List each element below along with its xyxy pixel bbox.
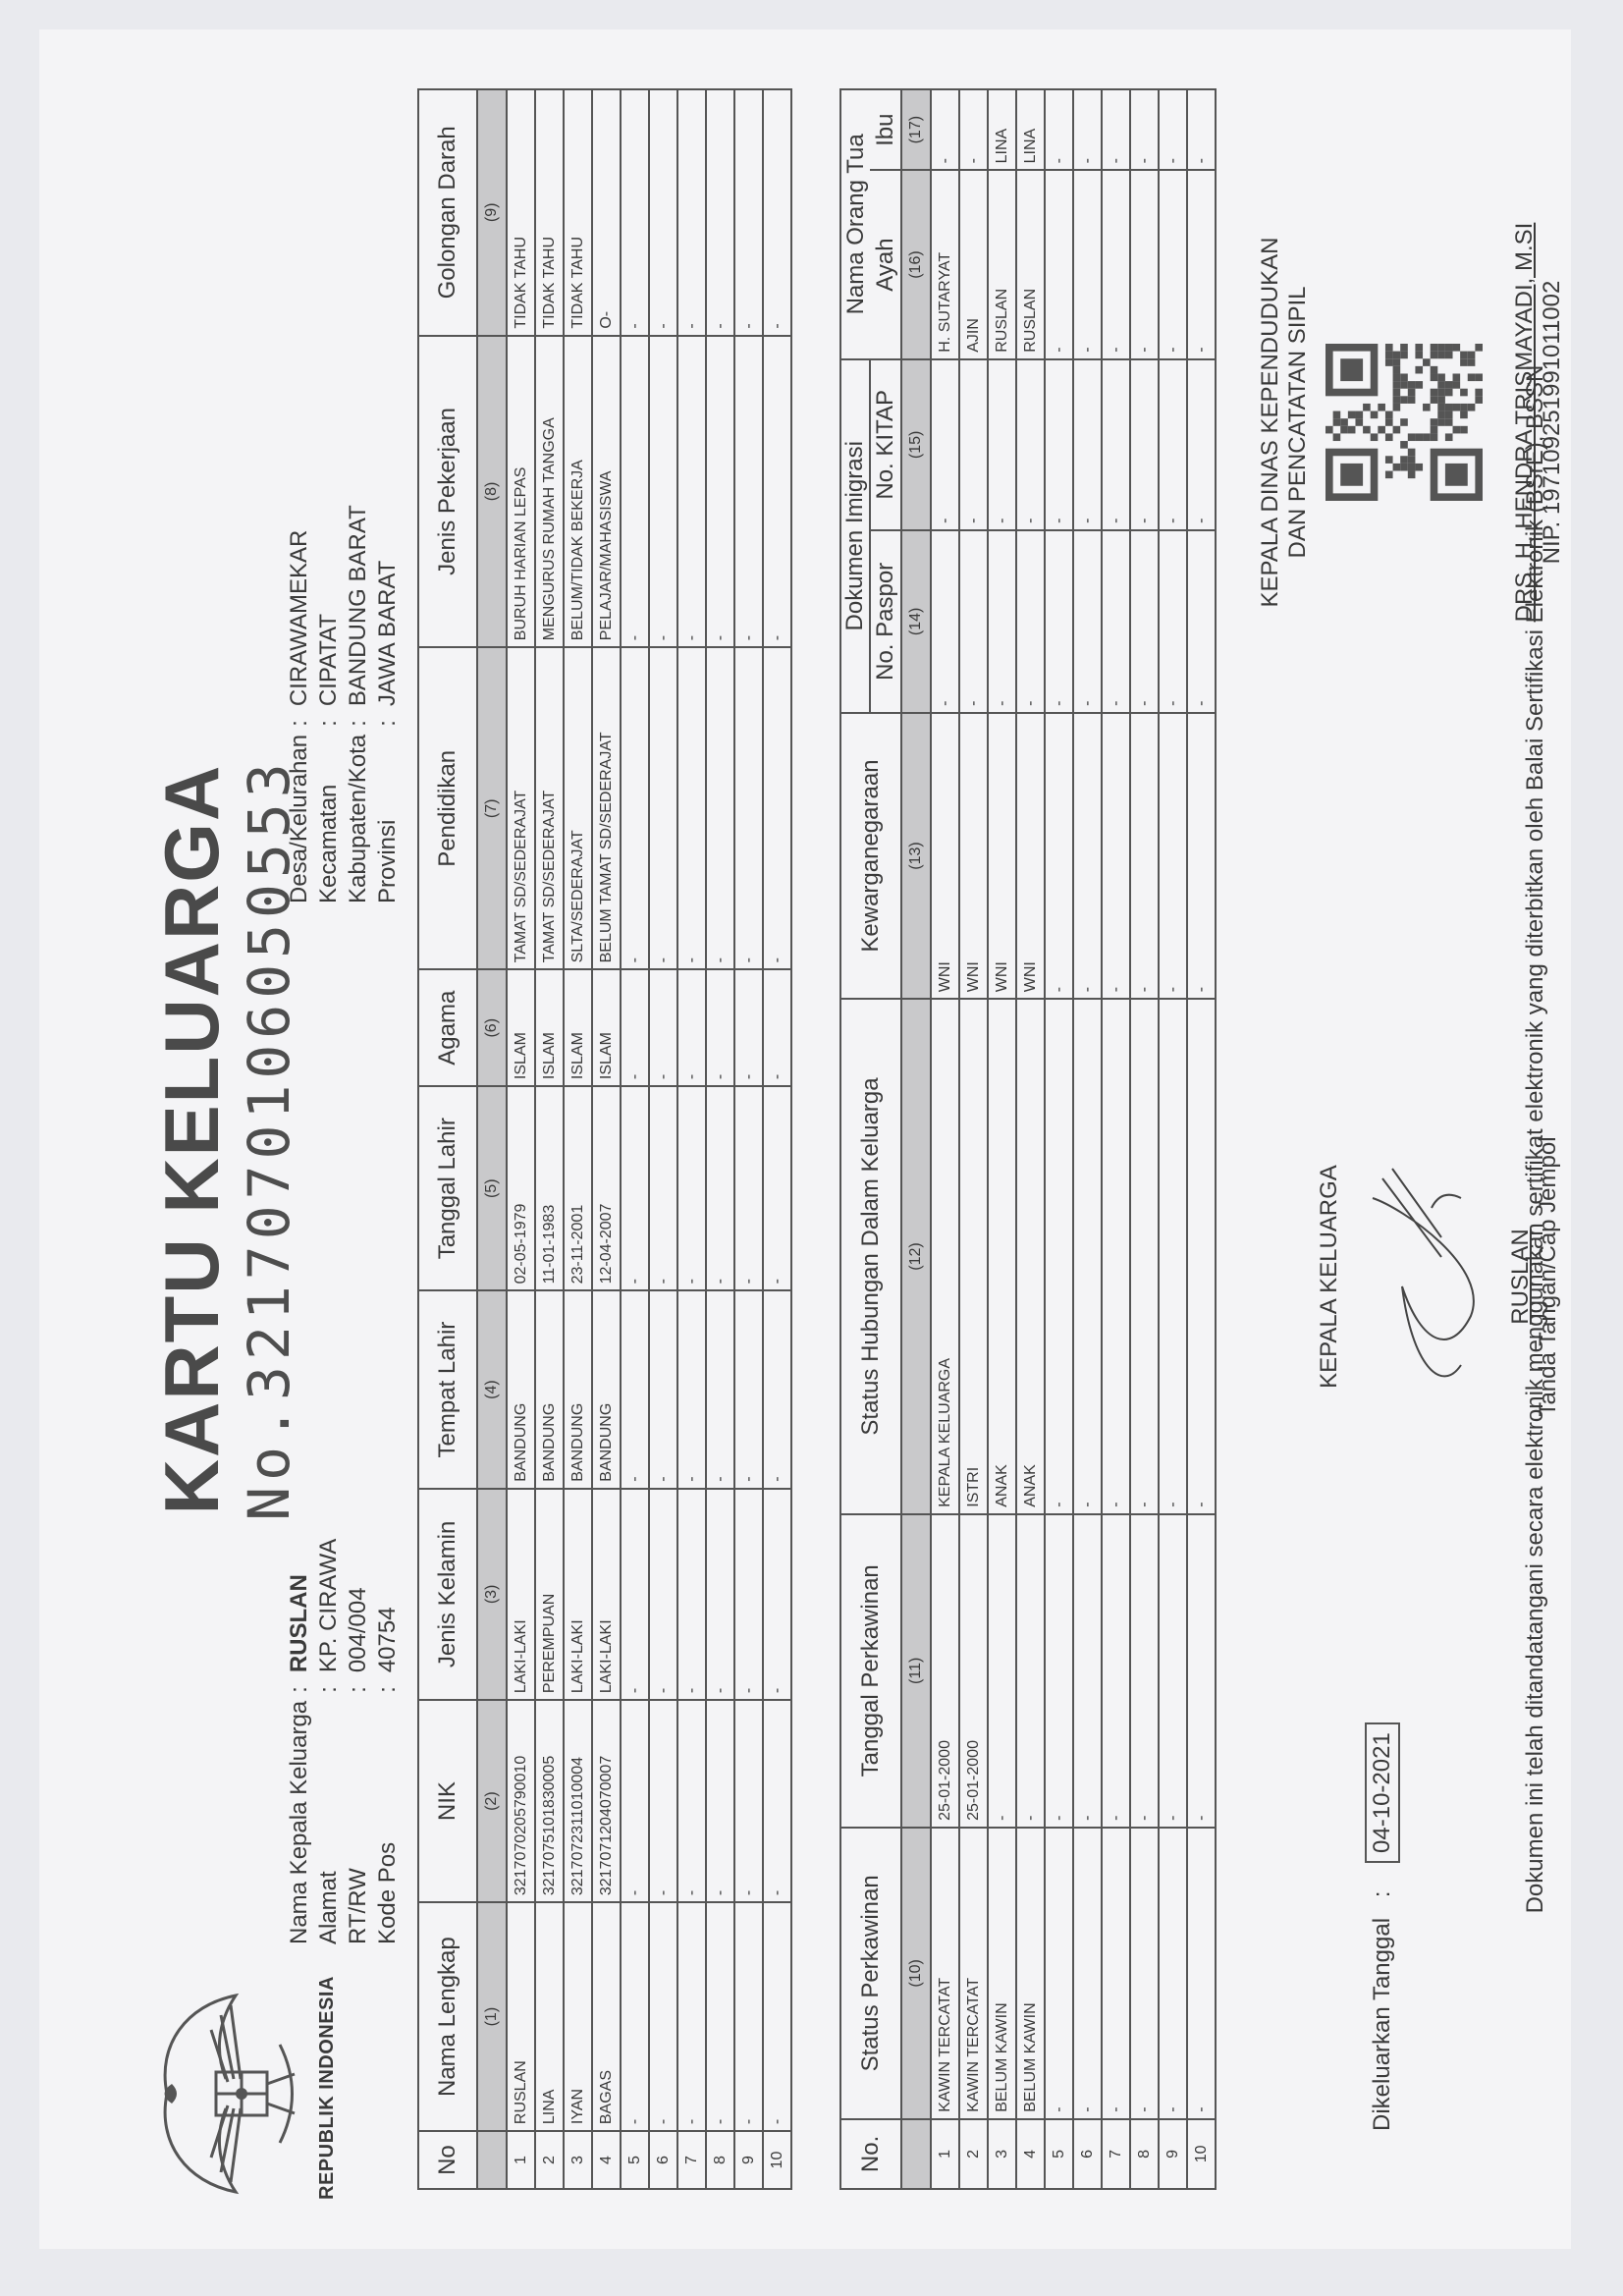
table-cell: 5 — [621, 2131, 649, 2189]
table-cell: LAKI-LAKI — [592, 1489, 621, 1700]
table-cell: - — [706, 1290, 734, 1488]
col-header: Status Hubungan Dalam Keluarga — [840, 999, 901, 1514]
col-number: (4) — [477, 1290, 507, 1488]
col-number — [901, 2119, 931, 2189]
table-cell: 2 — [959, 2119, 988, 2189]
table-cell: - — [1159, 359, 1187, 530]
table-cell: LAKI-LAKI — [564, 1489, 592, 1700]
table-cell: - — [621, 1086, 649, 1290]
table-row: 4BAGAS3217071204070007LAKI-LAKIBANDUNG12… — [592, 89, 621, 2189]
col-header: No — [418, 2131, 477, 2189]
table-cell: 3217071204070007 — [592, 1700, 621, 1902]
table-cell: TIDAK TAHU — [564, 89, 592, 336]
table-cell: - — [988, 1514, 1016, 1828]
table-cell: - — [1130, 170, 1159, 358]
table-cell: RUSLAN — [1016, 170, 1045, 358]
table-cell: - — [1102, 713, 1130, 999]
table-cell: - — [706, 1902, 734, 2131]
table-cell: - — [621, 1902, 649, 2131]
table-cell: - — [1187, 170, 1216, 358]
col-number: (10) — [901, 1828, 931, 2119]
col-number: (17) — [901, 89, 931, 170]
table-cell: - — [1159, 999, 1187, 1514]
table-cell: - — [649, 647, 677, 969]
field-label: Alamat — [314, 1693, 344, 1944]
table-cell: H. SUTARYAT — [931, 170, 959, 358]
table-cell: 10 — [763, 2131, 791, 2189]
table-cell: - — [1073, 170, 1102, 358]
table-cell: 11-01-1983 — [535, 1086, 564, 1290]
table-cell: - — [1073, 713, 1102, 999]
field-label: Provinsi — [373, 727, 403, 903]
table-row: 3BELUM KAWIN-ANAKWNI--RUSLANLINA — [988, 89, 1016, 2189]
table-cell: - — [1130, 359, 1159, 530]
col-number: (8) — [477, 336, 507, 648]
table-cell: - — [1102, 1828, 1130, 2119]
table-cell: - — [649, 1086, 677, 1290]
col-header: Status Perkawinan — [840, 1828, 901, 2119]
table-cell: LAKI-LAKI — [507, 1489, 535, 1700]
table-cell: - — [677, 1086, 706, 1290]
table-cell: - — [988, 530, 1016, 713]
region-info: Desa/Kelurahan:CIRAWAMEKAR Kecamatan:CIP… — [285, 497, 403, 903]
table-cell: - — [1130, 1828, 1159, 2119]
table-cell: - — [734, 1489, 763, 1700]
col-header: Agama — [418, 969, 477, 1086]
col-header: Tempat Lahir — [418, 1290, 477, 1488]
table-cell: - — [1016, 1514, 1045, 1828]
table-cell: RUSLAN — [507, 1902, 535, 2131]
table-cell: - — [734, 1086, 763, 1290]
table-cell: ISLAM — [564, 969, 592, 1086]
col-number: (5) — [477, 1086, 507, 1290]
signature-icon — [1343, 1149, 1500, 1404]
table-cell: - — [1045, 170, 1073, 358]
col-header: Pendidikan — [418, 647, 477, 969]
table-cell: - — [931, 89, 959, 170]
table-cell: BANDUNG — [507, 1290, 535, 1488]
table-cell: - — [959, 359, 988, 530]
table-cell: ISLAM — [507, 969, 535, 1086]
table-cell: - — [677, 1902, 706, 2131]
field-value: BANDUNG BARAT — [344, 497, 373, 712]
table-cell: BELUM KAWIN — [1016, 1828, 1045, 2119]
table-cell: - — [1102, 1514, 1130, 1828]
table-cell: - — [959, 530, 988, 713]
table-cell: - — [734, 1290, 763, 1488]
table-cell: - — [1073, 530, 1102, 713]
table-cell: - — [1187, 89, 1216, 170]
table-cell: 1 — [931, 2119, 959, 2189]
table-cell: 25-01-2000 — [959, 1514, 988, 1828]
col-header: Tanggal Lahir — [418, 1086, 477, 1290]
table-cell: - — [649, 89, 677, 336]
col-header: Jenis Kelamin — [418, 1489, 477, 1700]
table-cell: - — [677, 1290, 706, 1488]
table-cell: - — [677, 1700, 706, 1902]
table-cell: - — [734, 1902, 763, 2131]
col-number: (11) — [901, 1514, 931, 1828]
table-cell: 25-01-2000 — [931, 1514, 959, 1828]
table-cell: - — [706, 1700, 734, 1902]
table-cell: TIDAK TAHU — [535, 89, 564, 336]
table-cell: BANDUNG — [592, 1290, 621, 1488]
col-number: (6) — [477, 969, 507, 1086]
table-cell: - — [1045, 530, 1073, 713]
table-cell: - — [649, 1700, 677, 1902]
table-cell: - — [734, 89, 763, 336]
table-cell: PEREMPUAN — [535, 1489, 564, 1700]
field-value: RUSLAN — [285, 1531, 314, 1678]
table-row: 7-------- — [1102, 89, 1130, 2189]
table-cell: 3217075101830005 — [535, 1700, 564, 1902]
table-cell: - — [1045, 89, 1073, 170]
table-cell: 6 — [1073, 2119, 1102, 2189]
page-title: KARTU KELUARGA — [147, 29, 237, 2249]
table-cell: - — [1102, 530, 1130, 713]
table-cell: MENGURUS RUMAH TANGGA — [535, 336, 564, 648]
table-cell: - — [1187, 713, 1216, 999]
table-row: 1RUSLAN3217070205790010LAKI-LAKIBANDUNG0… — [507, 89, 535, 2189]
issued-label: Dikeluarkan Tanggal — [1369, 1918, 1395, 2131]
field-value: 004/004 — [344, 1531, 373, 1678]
table-cell: 9 — [734, 2131, 763, 2189]
field-label: Kode Pos — [373, 1693, 403, 1944]
table-cell: - — [931, 530, 959, 713]
table-cell: - — [1073, 1514, 1102, 1828]
table-cell: - — [649, 1489, 677, 1700]
table-cell: - — [1102, 89, 1130, 170]
field-label: RT/RW — [344, 1693, 373, 1944]
field-value: CIRAWAMEKAR — [285, 497, 314, 712]
col-number: (12) — [901, 999, 931, 1514]
table-cell: - — [988, 359, 1016, 530]
table-cell: 3 — [988, 2119, 1016, 2189]
table-cell: O- — [592, 89, 621, 336]
col-header: Golongan Darah — [418, 89, 477, 336]
col-number: (16) — [901, 170, 931, 358]
table-cell: - — [1159, 170, 1187, 358]
table-cell: 5 — [1045, 2119, 1073, 2189]
table-cell: - — [1045, 1514, 1073, 1828]
col-header: Kewarganegaraan — [840, 713, 901, 999]
country-label: REPUBLIK INDONESIA — [316, 1976, 339, 2200]
table-cell: - — [1045, 999, 1073, 1514]
table-row: 10-------- — [1187, 89, 1216, 2189]
col-header: NIK — [418, 1700, 477, 1902]
table-cell: - — [677, 1489, 706, 1700]
sub-header: Ibu — [870, 89, 901, 170]
table-cell: KAWIN TERCATAT — [959, 1828, 988, 2119]
table-cell: - — [677, 336, 706, 648]
table-cell: - — [1159, 713, 1187, 999]
table-cell: - — [621, 647, 649, 969]
table-cell: - — [1016, 359, 1045, 530]
table-cell: - — [677, 647, 706, 969]
table-cell: - — [1045, 359, 1073, 530]
table-cell: - — [677, 89, 706, 336]
table-cell: - — [763, 1902, 791, 2131]
table-cell: - — [734, 647, 763, 969]
official-title: KEPALA DINAS KEPENDUDUKAN — [1257, 128, 1284, 717]
table-cell: - — [1073, 359, 1102, 530]
table-cell: - — [621, 1700, 649, 1902]
table-cell: - — [1159, 89, 1187, 170]
table-row: 6--------- — [649, 89, 677, 2189]
table-cell: - — [706, 1489, 734, 1700]
table-cell: - — [649, 1902, 677, 2131]
table-cell: - — [1130, 999, 1159, 1514]
table-cell: - — [677, 969, 706, 1086]
table-cell: ANAK — [988, 999, 1016, 1514]
table-cell: - — [931, 359, 959, 530]
table-cell: 23-11-2001 — [564, 1086, 592, 1290]
table-cell: BELUM/TIDAK BEKERJA — [564, 336, 592, 648]
table-cell: 2 — [535, 2131, 564, 2189]
table-row: 3IYAN3217072311010004LAKI-LAKIBANDUNG23-… — [564, 89, 592, 2189]
table-cell: 4 — [1016, 2119, 1045, 2189]
field-value: JAWA BARAT — [373, 497, 403, 712]
table-cell: - — [649, 1290, 677, 1488]
table-row: 8--------- — [706, 89, 734, 2189]
table-cell: 6 — [649, 2131, 677, 2189]
table-cell: LINA — [1016, 89, 1045, 170]
table-cell: - — [621, 1290, 649, 1488]
table-cell: TIDAK TAHU — [507, 89, 535, 336]
official-signature-block: KEPALA DINAS KEPENDUDUKAN DAN PENCATATAN… — [1257, 128, 1566, 717]
table-cell: KEPALA KELUARGA — [931, 999, 959, 1514]
col-number: (2) — [477, 1700, 507, 1902]
col-number: (3) — [477, 1489, 507, 1700]
field-label: Desa/Kelurahan — [285, 727, 314, 903]
table-cell: - — [1159, 530, 1187, 713]
table-cell: - — [1130, 1514, 1159, 1828]
table-cell: BAGAS — [592, 1902, 621, 2131]
table-row: 1KAWIN TERCATAT25-01-2000KEPALA KELUARGA… — [931, 89, 959, 2189]
table-cell: BURUH HARIAN LEPAS — [507, 336, 535, 648]
table-cell: - — [1159, 1514, 1187, 1828]
table-cell: 12-04-2007 — [592, 1086, 621, 1290]
table-cell: 02-05-1979 — [507, 1086, 535, 1290]
table-cell: LINA — [988, 89, 1016, 170]
table-cell: - — [763, 1290, 791, 1488]
col-number: (7) — [477, 647, 507, 969]
sub-header: Ayah — [870, 170, 901, 358]
table-cell: - — [706, 336, 734, 648]
table-cell: - — [734, 336, 763, 648]
table-cell: - — [734, 1700, 763, 1902]
table-cell: 9 — [1159, 2119, 1187, 2189]
col-header: Dokumen Imigrasi — [840, 359, 870, 713]
family-status-table: No. Status Perkawinan Tanggal Perkawinan… — [839, 88, 1217, 2190]
table-cell: - — [1045, 713, 1073, 999]
table-cell: - — [763, 1700, 791, 1902]
table-row: 7--------- — [677, 89, 706, 2189]
col-number: (14) — [901, 530, 931, 713]
table-cell: - — [1187, 359, 1216, 530]
table-cell: - — [649, 336, 677, 648]
table-cell: - — [1073, 1828, 1102, 2119]
issued-date-section: Dikeluarkan Tanggal : 04-10-2021 — [1365, 1722, 1400, 2131]
table-cell: - — [763, 1086, 791, 1290]
field-value: KP. CIRAWA — [314, 1531, 344, 1678]
table-cell: - — [1016, 530, 1045, 713]
table-cell: 3217072311010004 — [564, 1700, 592, 1902]
table-cell: - — [1102, 999, 1130, 1514]
col-number — [477, 2131, 507, 2189]
head-of-family-info: Nama Kepala Keluarga:RUSLAN Alamat:KP. C… — [285, 1531, 403, 1944]
field-value: CIPATAT — [314, 497, 344, 712]
table-cell: WNI — [931, 713, 959, 999]
table-cell: - — [1187, 999, 1216, 1514]
table-row: 5--------- — [621, 89, 649, 2189]
table-cell: BANDUNG — [535, 1290, 564, 1488]
table-cell: AJIN — [959, 170, 988, 358]
table-cell: - — [649, 969, 677, 1086]
table-cell: - — [1130, 89, 1159, 170]
col-number: (9) — [477, 89, 507, 336]
table-cell: 3217070205790010 — [507, 1700, 535, 1902]
field-label: Kabupaten/Kota — [344, 727, 373, 903]
document-sheet: REPUBLIK INDONESIA KARTU KELUARGA No.321… — [39, 29, 1571, 2249]
table-cell: - — [621, 1489, 649, 1700]
table-row: 9-------- — [1159, 89, 1187, 2189]
table-cell: WNI — [1016, 713, 1045, 999]
table-row: 9--------- — [734, 89, 763, 2189]
table-cell: - — [1045, 1828, 1073, 2119]
table-cell: - — [959, 89, 988, 170]
table-cell: 1 — [507, 2131, 535, 2189]
issued-date: 04-10-2021 — [1365, 1722, 1400, 1863]
table-cell: - — [763, 647, 791, 969]
table-cell: - — [763, 336, 791, 648]
qr-code-icon — [1325, 344, 1483, 501]
col-header: Nama Lengkap — [418, 1902, 477, 2131]
col-header: Tanggal Perkawinan — [840, 1514, 901, 1828]
table-cell: BELUM KAWIN — [988, 1828, 1016, 2119]
table-cell: - — [1073, 999, 1102, 1514]
field-label: Nama Kepala Keluarga — [285, 1693, 314, 1944]
table-cell: - — [706, 647, 734, 969]
field-value: 40754 — [373, 1531, 403, 1678]
table-row: 4BELUM KAWIN-ANAKWNI--RUSLANLINA — [1016, 89, 1045, 2189]
table-row: 5-------- — [1045, 89, 1073, 2189]
table-cell: - — [621, 969, 649, 1086]
table-cell: - — [763, 1489, 791, 1700]
field-label: Kecamatan — [314, 727, 344, 903]
table-cell: - — [1130, 530, 1159, 713]
table-cell: 10 — [1187, 2119, 1216, 2189]
family-members-table: NoNama LengkapNIKJenis KelaminTempat Lah… — [417, 88, 792, 2190]
table-cell: PELAJAR/MAHASISWA — [592, 336, 621, 648]
table-cell: TAMAT SD/SEDERAJAT — [535, 647, 564, 969]
table-cell: WNI — [959, 713, 988, 999]
table-cell: - — [706, 1086, 734, 1290]
table-cell: - — [706, 969, 734, 1086]
official-title-2: DAN PENCATATAN SIPIL — [1284, 128, 1312, 717]
table-cell: - — [1187, 1514, 1216, 1828]
signer-title: KEPALA KELUARGA — [1316, 1051, 1343, 1503]
table-cell: 4 — [592, 2131, 621, 2189]
table-cell: - — [734, 969, 763, 1086]
sub-header: No. Paspor — [870, 530, 901, 713]
table-cell: - — [1102, 170, 1130, 358]
col-header: Jenis Pekerjaan — [418, 336, 477, 648]
table-cell: - — [1130, 713, 1159, 999]
table-cell: - — [1102, 359, 1130, 530]
table-cell: - — [621, 89, 649, 336]
table-cell: - — [1187, 1828, 1216, 2119]
col-header: Nama Orang Tua — [840, 89, 870, 359]
table-row: 2LINA3217075101830005PEREMPUANBANDUNG11-… — [535, 89, 564, 2189]
col-number: (1) — [477, 1902, 507, 2131]
col-header: No. — [840, 2119, 901, 2189]
table-cell: ANAK — [1016, 999, 1045, 1514]
table-cell: BANDUNG — [564, 1290, 592, 1488]
table-row: 6-------- — [1073, 89, 1102, 2189]
table-cell: SLTA/SEDERAJAT — [564, 647, 592, 969]
table-cell: - — [763, 89, 791, 336]
table-cell: TAMAT SD/SEDERAJAT — [507, 647, 535, 969]
table-cell: ISLAM — [535, 969, 564, 1086]
table-cell: - — [706, 89, 734, 336]
table-cell: LINA — [535, 1902, 564, 2131]
table-cell: - — [763, 969, 791, 1086]
table-cell: RUSLAN — [988, 170, 1016, 358]
table-cell: ISTRI — [959, 999, 988, 1514]
table-cell: KAWIN TERCATAT — [931, 1828, 959, 2119]
table-cell: WNI — [988, 713, 1016, 999]
table-cell: - — [1073, 89, 1102, 170]
table-row: 8-------- — [1130, 89, 1159, 2189]
table-cell: 7 — [677, 2131, 706, 2189]
footer-note: Dokumen ini telah ditandatangani secara … — [1522, 29, 1549, 2249]
table-cell: 3 — [564, 2131, 592, 2189]
table-cell: 7 — [1102, 2119, 1130, 2189]
col-number: (15) — [901, 359, 931, 530]
table-cell: - — [1187, 530, 1216, 713]
table-row: 10--------- — [763, 89, 791, 2189]
col-number: (13) — [901, 713, 931, 999]
table-cell: - — [621, 336, 649, 648]
table-cell: 8 — [706, 2131, 734, 2189]
table-cell: BELUM TAMAT SD/SEDERAJAT — [592, 647, 621, 969]
table-cell: ISLAM — [592, 969, 621, 1086]
sub-header: No. KITAP — [870, 359, 901, 530]
table-cell: - — [1159, 1828, 1187, 2119]
table-cell: 8 — [1130, 2119, 1159, 2189]
table-cell: IYAN — [564, 1902, 592, 2131]
table-row: 2KAWIN TERCATAT25-01-2000ISTRIWNI--AJIN- — [959, 89, 988, 2189]
